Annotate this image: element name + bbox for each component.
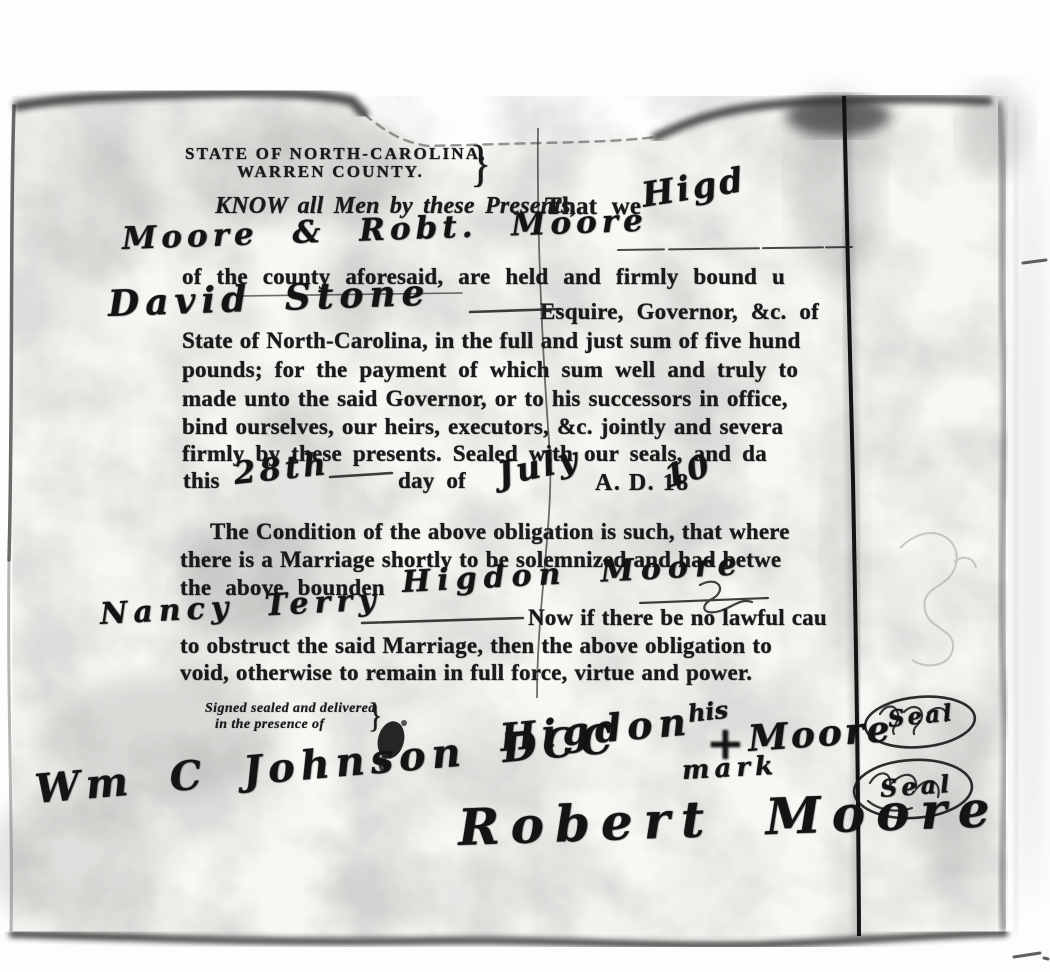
header-brace-glyph: } — [470, 134, 491, 193]
condition-line-6: void, otherwise to remain in full force,… — [180, 660, 752, 686]
bond-line-3: State of North-Carolina, in the full and… — [182, 328, 852, 354]
bond-line-2: Esquire, Governor, &c. of — [540, 299, 852, 325]
header-state-line: STATE OF NORTH-CAROLINA, — [185, 144, 515, 164]
condition-line-4: Now if there be no lawful cau — [528, 605, 852, 631]
mark-label: mark — [681, 751, 779, 786]
header-county-line: WARREN COUNTY. — [237, 162, 497, 182]
bond-line-6: bind ourselves, our heirs, executors, &c… — [182, 414, 852, 440]
bond-line-5: made unto the said Governor, or to his s… — [182, 386, 852, 412]
bond-line-4: pounds; for the payment of which sum wel… — [182, 357, 852, 383]
condition-line-5: to obstruct the said Marriage, then the … — [180, 633, 852, 659]
attestation-line-1: Signed sealed and delivered — [205, 701, 376, 717]
edge-dash-right-bottom — [1014, 953, 1048, 959]
this-label: this — [183, 468, 220, 494]
document-scan: STATE OF NORTH-CAROLINA, WARREN COUNTY. … — [0, 0, 1050, 972]
condition-line-1: The Condition of the above obligation is… — [210, 519, 852, 545]
day-of-label: day of — [398, 468, 466, 494]
attestation-brace-glyph: } — [368, 697, 383, 736]
attestation-line-2: in the presence of — [215, 717, 324, 733]
